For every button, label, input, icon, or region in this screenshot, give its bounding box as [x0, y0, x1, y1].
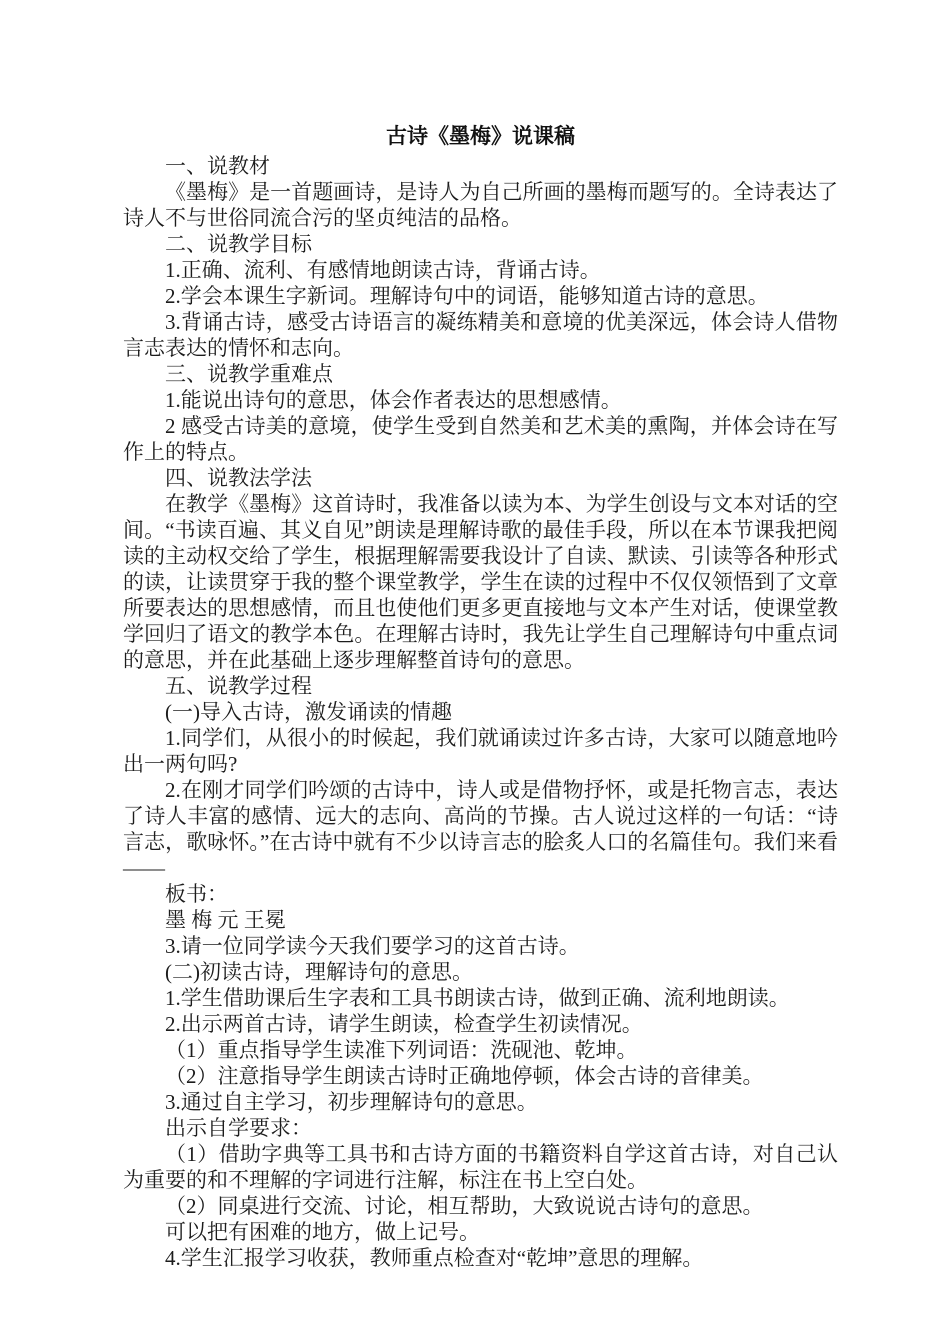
paragraph: 3.背诵古诗，感受古诗语言的凝练精美和意境的优美深远，体会诗人借物言志表达的情怀… — [123, 309, 838, 361]
paragraph: （1）借助字典等工具书和古诗方面的书籍资料自学这首古诗，对自己认为重要的和不理解… — [123, 1141, 838, 1193]
paragraph: 《墨梅》是一首题画诗，是诗人为自己所画的墨梅而题写的。全诗表达了诗人不与世俗同流… — [123, 179, 838, 231]
paragraph: 2.在刚才同学们吟颂的古诗中，诗人或是借物抒怀，或是托物言志，表达了诗人丰富的感… — [123, 777, 838, 881]
paragraph: 1.能说出诗句的意思，体会作者表达的思想感情。 — [123, 387, 838, 413]
paragraph: 2.学会本课生字新词。理解诗句中的词语，能够知道古诗的意思。 — [123, 283, 838, 309]
paragraph: 2.出示两首古诗，请学生朗读，检查学生初读情况。 — [123, 1011, 838, 1037]
paragraph: （2）注意指导学生朗读古诗时正确地停顿，体会古诗的音律美。 — [123, 1063, 838, 1089]
paragraph: (二)初读古诗，理解诗句的意思。 — [123, 959, 838, 985]
paragraph: 出示自学要求： — [123, 1115, 838, 1141]
document-page: 古诗《墨梅》说课稿 一、说教材 《墨梅》是一首题画诗，是诗人为自己所画的墨梅而题… — [0, 0, 950, 1344]
paragraph: 1.学生借助课后生字表和工具书朗读古诗，做到正确、流利地朗读。 — [123, 985, 838, 1011]
paragraph: 三、说教学重难点 — [123, 361, 838, 387]
paragraph: 可以把有困难的地方，做上记号。 — [123, 1219, 838, 1245]
paragraph: 1.同学们，从很小的时候起，我们就诵读过许多古诗，大家可以随意地吟出一两句吗? — [123, 725, 838, 777]
paragraph: 1.正确、流利、有感情地朗读古诗，背诵古诗。 — [123, 257, 838, 283]
paragraph: 3.通过自主学习，初步理解诗句的意思。 — [123, 1089, 838, 1115]
paragraph: 4.学生汇报学习收获，教师重点检查对“乾坤”意思的理解。 — [123, 1245, 838, 1271]
paragraph: 二、说教学目标 — [123, 231, 838, 257]
document-title: 古诗《墨梅》说课稿 — [123, 122, 838, 150]
paragraph: 3.请一位同学读今天我们要学习的这首古诗。 — [123, 933, 838, 959]
paragraph: 板书： — [123, 881, 838, 907]
paragraph: 2 感受古诗美的意境，使学生受到自然美和艺术美的熏陶，并体会诗在写作上的特点。 — [123, 413, 838, 465]
paragraph: （1）重点指导学生读准下列词语：洗砚池、乾坤。 — [123, 1037, 838, 1063]
paragraph: 五、说教学过程 — [123, 673, 838, 699]
paragraph: 墨 梅 元 王冕 — [123, 907, 838, 933]
paragraph: 一、说教材 — [123, 153, 838, 179]
paragraph: （2）同桌进行交流、讨论，相互帮助，大致说说古诗句的意思。 — [123, 1193, 838, 1219]
paragraph: (一)导入古诗，激发诵读的情趣 — [123, 699, 838, 725]
paragraph: 在教学《墨梅》这首诗时，我准备以读为本、为学生创设与文本对话的空间。“书读百遍、… — [123, 491, 838, 673]
paragraph: 四、说教法学法 — [123, 465, 838, 491]
document-body: 一、说教材 《墨梅》是一首题画诗，是诗人为自己所画的墨梅而题写的。全诗表达了诗人… — [123, 153, 838, 1271]
